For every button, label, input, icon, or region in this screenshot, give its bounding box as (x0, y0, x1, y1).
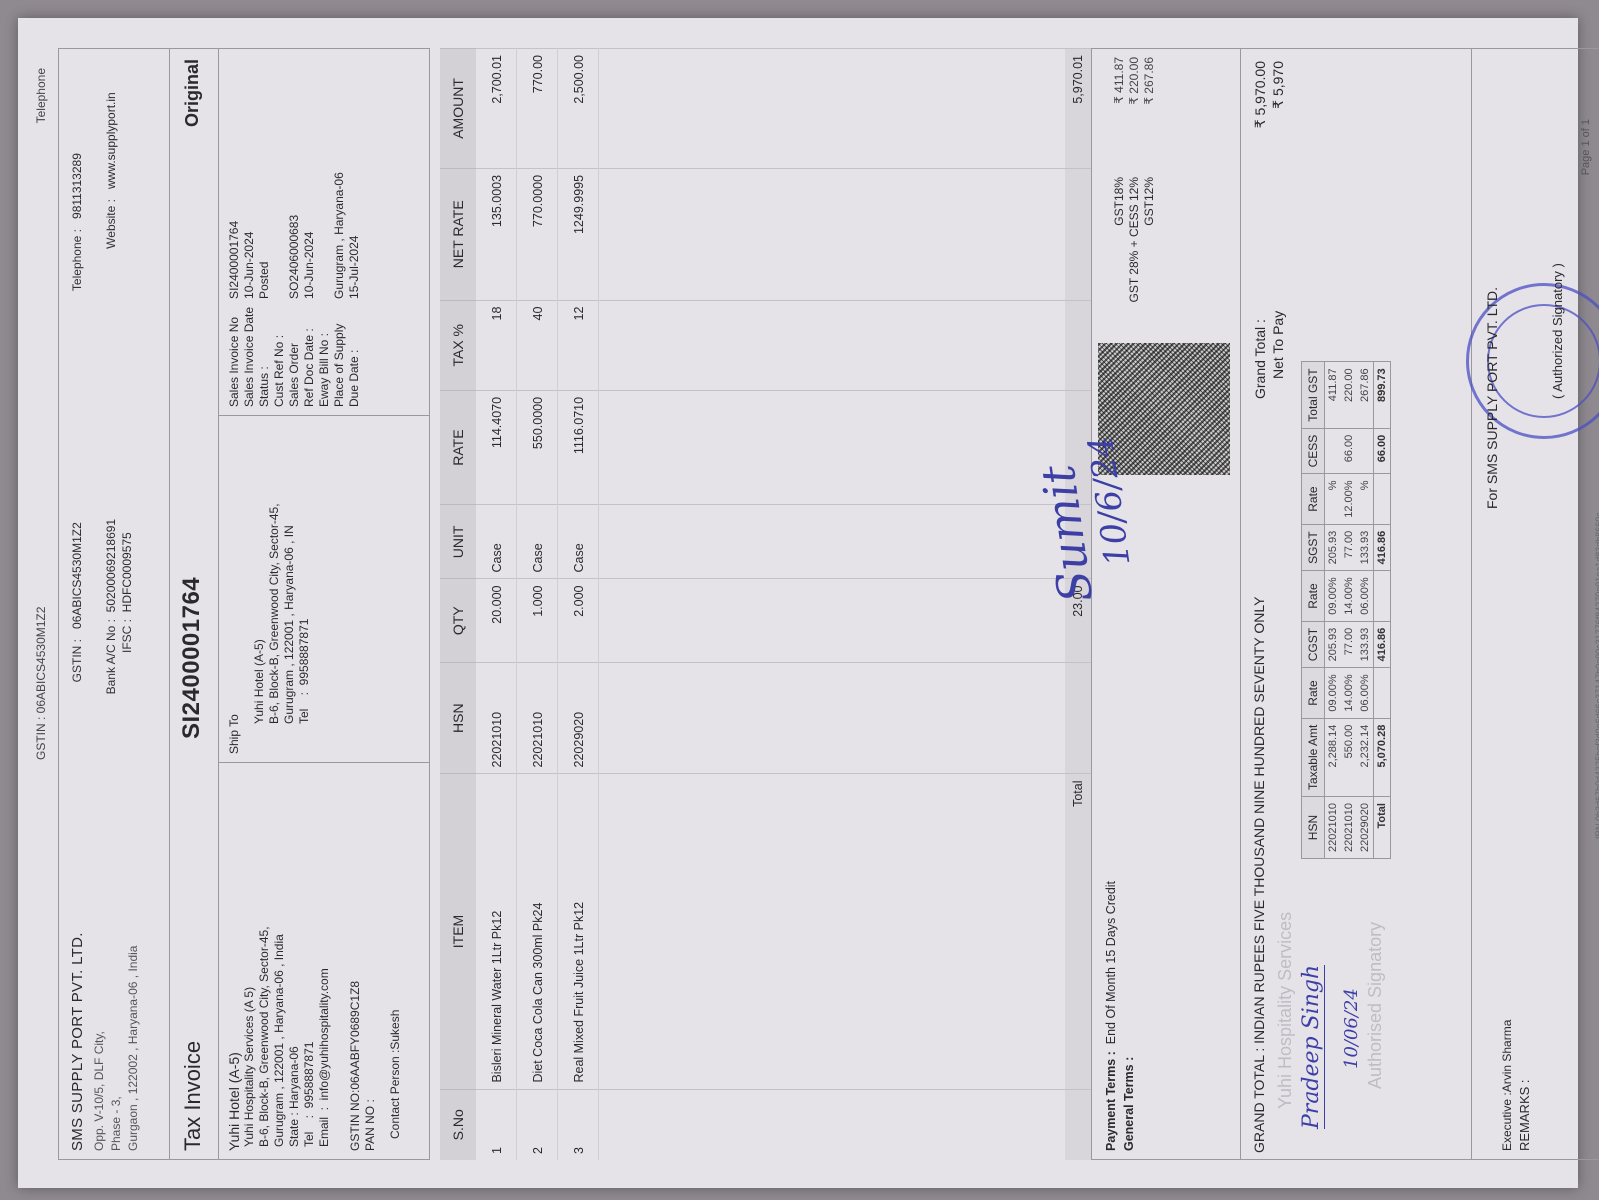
terms-section: Payment Terms : End Of Month 15 Days Cre… (1092, 48, 1241, 1160)
bill-to-contact: Contact Person :Sukesh (388, 771, 403, 1151)
irn: IRN 0b3d67b0d4325bef3d0e6d66c37147b0e90c… (1594, 512, 1599, 839)
seller-address: Opp. V-10/5, DLF City, Phase - 3, Gurgao… (91, 946, 142, 1151)
meta-row: Ref Doc Date :10-Jun-2024 (302, 164, 317, 407)
meta-row: Sales Invoice NoSI2400001764 (227, 164, 242, 407)
general-terms-label: General Terms : (1122, 1057, 1136, 1151)
items-total-row: Total23.005,970.01 (1065, 49, 1092, 1161)
meta-row: Eway Bill No : (317, 164, 332, 407)
table-row: 1Bisleri Mineral Water 1Ltr Pk1222021010… (476, 49, 517, 1161)
customer-signature: Yuhi Hospitality Services Pradeep Singh … (1269, 899, 1419, 1129)
invoice-paper: GSTIN : 06ABICS4530M1Z2 Telephone SMS SU… (18, 18, 1578, 1188)
table-row: 2Diet Coca Cola Can 300ml Pk24220210101.… (517, 49, 558, 1161)
top-telephone-label: Telephone (34, 68, 48, 123)
column-header: NET RATE (440, 168, 476, 300)
amount-in-words: GRAND TOTAL : INDIAN RUPEES FIVE THOUSAN… (1251, 597, 1267, 1153)
hsn-row: 22021010550.0014.00%77.0014.00%77.0012.0… (1341, 362, 1357, 859)
net-to-pay-value: ₹ 5,970 (1269, 61, 1287, 128)
page-number: Page 1 of 1 (1580, 119, 1592, 175)
seller-bank: Bank A/C No : 50200069218691 IFSC : HDFC… (103, 519, 135, 729)
hsn-total-row: Total5,070.28416.86416.8666.00899.73 (1374, 362, 1391, 859)
executive: Executive :Arvin Sharma (1498, 1020, 1516, 1151)
seller-name: SMS SUPPLY PORT PVT. LTD. (69, 932, 86, 1151)
bill-to-name: Yuhi Hotel (A-5) (227, 771, 242, 1151)
meta-row: Place of SupplyGurugram , Haryana-06 (332, 164, 347, 407)
title-row: Tax Invoice SI2400001764 Original (169, 48, 218, 1160)
column-header: S.No (440, 1089, 476, 1160)
meta-row: Sales Invoice Date10-Jun-2024 (242, 164, 257, 407)
meta-row: Cust Ref No : (272, 164, 287, 407)
grand-total-value: ₹ 5,970.00 (1251, 61, 1269, 128)
invoice-meta: Sales Invoice NoSI2400001764Sales Invoic… (219, 49, 429, 415)
top-strip: GSTIN : 06ABICS4530M1Z2 Telephone (24, 48, 54, 1160)
hsn-row: 220210102,288.1409.00%205.9309.00%205.93… (1325, 362, 1342, 859)
items-table: S.NoITEMHSNQTYUNITRATETAX %NET RATEAMOUN… (440, 48, 1092, 1160)
meta-row: Sales OrderSO2406000683 (287, 164, 302, 407)
seller-gstin: GSTIN : 06ABICS4530M1Z2 (69, 522, 85, 729)
invoice-meta-table: Sales Invoice NoSI2400001764Sales Invoic… (227, 164, 362, 407)
column-header: RATE (440, 390, 476, 504)
table-row: 3Real Mixed Fruit Juice 1Ltr Pk122202902… (558, 49, 599, 1161)
seller-header: SMS SUPPLY PORT PVT. LTD. Opp. V-10/5, D… (58, 48, 169, 1160)
invoice-number: SI2400001764 (178, 577, 206, 739)
gst-summary: GST18%GST 28% + CESS 12%GST12% ₹ 411.87₹… (1092, 49, 1240, 335)
bill-to: Yuhi Hotel (A-5) Yuhi Hospitality Servic… (219, 762, 429, 1159)
copy-label: Original (182, 59, 203, 127)
hsn-tax-table: HSNTaxable AmtRateCGSTRateSGSTRateCESSTo… (1301, 361, 1391, 859)
remarks-label: REMARKS : (1516, 1020, 1534, 1151)
hsn-row: 220290202,232.1406.00%133.9306.00%133.93… (1357, 362, 1374, 859)
ship-to-title: Ship To (227, 424, 242, 754)
grand-total-section: GRAND TOTAL : INDIAN RUPEES FIVE THOUSAN… (1241, 48, 1472, 1160)
footer: Executive :Arvin Sharma REMARKS : For SM… (1472, 48, 1599, 1160)
column-header: UNIT (440, 505, 476, 579)
authorized-signatory: ( Authorized Signatory ) (1550, 263, 1565, 399)
column-header: QTY (440, 579, 476, 662)
payment-terms-value: End Of Month 15 Days Credit (1104, 881, 1118, 1044)
ship-to: Ship To Yuhi Hotel (A-5)B-6, Block-B, Gr… (219, 415, 429, 762)
for-company: For SMS SUPPLY PORT PVT. LTD. (1484, 287, 1500, 509)
meta-row: Due Date :15-Jul-2024 (347, 164, 362, 407)
column-header: AMOUNT (440, 49, 476, 169)
grand-total-labels: Grand Total : Net To Pay (1251, 311, 1287, 399)
bill-to-pan: PAN NO : (363, 771, 378, 1151)
payment-terms-label: Payment Terms : (1104, 1051, 1118, 1151)
grand-total-values: ₹ 5,970.00 ₹ 5,970 (1251, 61, 1287, 128)
top-gstin-label: GSTIN : (34, 717, 48, 760)
column-header: ITEM (440, 774, 476, 1089)
ship-to-lines: Yuhi Hotel (A-5)B-6, Block-B, Greenwood … (252, 424, 312, 754)
seller-website: Website : www.supplyport.in (103, 92, 119, 329)
bill-to-lines: Yuhi Hospitality Services (A 5)B-6, Bloc… (242, 771, 332, 1151)
parties: Yuhi Hotel (A-5) Yuhi Hospitality Servic… (218, 48, 430, 1160)
executive-remarks: Executive :Arvin Sharma REMARKS : (1498, 1020, 1534, 1151)
column-header: TAX % (440, 300, 476, 390)
seller-telephone: Telephone : 9811313289 (69, 153, 85, 329)
bill-to-gstin: GSTIN NO:06AABFY0689C1Z8 (348, 771, 363, 1151)
column-header: HSN (440, 662, 476, 774)
meta-row: Status :Posted (257, 164, 272, 407)
doc-title: Tax Invoice (180, 1041, 206, 1151)
top-gstin: 06ABICS4530M1Z2 (34, 607, 48, 714)
